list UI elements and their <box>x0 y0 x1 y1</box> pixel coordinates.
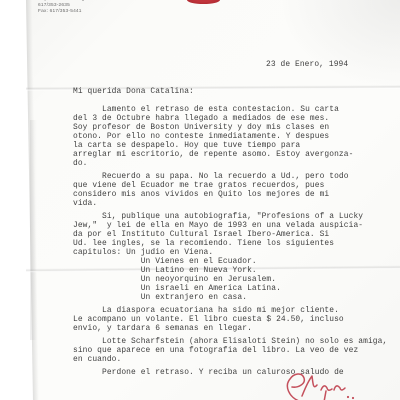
letter-paragraph: Lotte Scharfstein (ahora Elisaloti Stein… <box>73 337 387 364</box>
letter-paragraph-chapter-list: Si, publique una autobiografia, "Profesi… <box>73 212 387 302</box>
letter-paragraph: La diaspora ecuatoriana ha sido mi mejor… <box>73 306 387 333</box>
letterhead: Department of Religion 617/353-2635 Fax:… <box>38 0 91 14</box>
letter-paragraph: Lamento el retraso de esta contestacion.… <box>73 105 387 168</box>
letter-date: 23 de Enero, 1994 <box>266 60 348 69</box>
scanned-letter: Department of Religion 617/353-2635 Fax:… <box>0 0 400 400</box>
letter-paragraph: Recuerdo a su papa. No la recuerdo a Ud.… <box>73 172 387 208</box>
scan-artifact <box>30 120 37 340</box>
letterhead-fax: Fax: 617/353-5441 <box>38 9 91 15</box>
scan-shading <box>280 0 400 90</box>
handwritten-signature <box>282 372 382 400</box>
letter-body: Mi querida Dona Catalina: Lamento el ret… <box>73 87 387 381</box>
salutation: Mi querida Dona Catalina: <box>73 87 387 96</box>
